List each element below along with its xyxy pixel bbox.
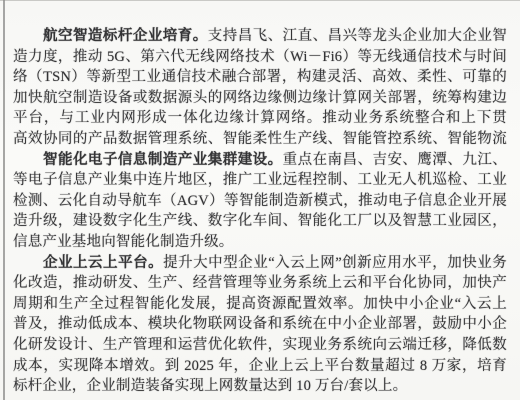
document-text-block: 航空智造标杆企业培育。支持昌飞、江直、昌兴等龙头企业加大企业智能化改 造力度，推… xyxy=(13,26,507,397)
text-line: 造升级，建设数字化生产线、数字化车间、智能化工厂以及智慧工业园区，实现电子 xyxy=(13,211,507,232)
text-line: 络（TSN）等新型工业通信技术融合部署，构建灵活、高效、柔性、可靠的工业内网。 xyxy=(13,67,507,88)
text-line: 周期和生产全过程智能化发展，提高资源配置效率。加快中小企业“入云上网”应用 xyxy=(13,294,507,315)
text-line: 造力度，推动 5G、第六代无线网络技术（Wi－Fi6）等无线通信技术与时间敏感型… xyxy=(13,47,507,68)
text-line: 成本，实现降本增效。到 2025 年，企业上云上平台数量超过 8 万家，培育 1… xyxy=(13,356,507,377)
scanned-page: 航空智造标杆企业培育。支持昌飞、江直、昌兴等龙头企业加大企业智能化改 造力度，推… xyxy=(0,0,520,400)
text-line: 企业上云上平台。提升大中型企业“入云上网”创新应用水平，加快业务系统云 xyxy=(13,253,507,274)
text-line: 化改造，推动研发、生产、经营管理等业务系统上云和平台化协同，加快产品全生命 xyxy=(13,273,507,294)
scan-top-edge-line xyxy=(0,0,520,1)
text-line: 标杆企业，企业制造装备实现上网数量达到 10 万台/套以上。 xyxy=(13,376,507,397)
text-line: 检测、云化自动导航车（AGV）等智能制造新模式，推动电子信息企业开展智能化改 xyxy=(13,191,507,212)
text-line: 等电子信息产业集中连片地区，推广工业远程控制、工业无人机巡检、工业 AI 质量 xyxy=(13,170,507,191)
text-line: 普及，推动低成本、模块化物联网设备和系统在中小企业部署，鼓励中小企业利用云 xyxy=(13,314,507,335)
text-line: 平台，与工业内网形成一体化边缘计算网络。推动业务系统整合和上下贯通，构建 xyxy=(13,108,507,129)
text-line: 智能化电子信息制造产业集群建设。重点在南昌、吉安、鹰潭、九江、赣州、萍乡 xyxy=(13,150,507,171)
text-line: 高效协同的产品数据管理系统、智能柔性生产线、智能管控系统、智能物流系统等。 xyxy=(13,129,507,150)
scan-left-edge-line xyxy=(3,0,5,400)
text-line: 航空智造标杆企业培育。支持昌飞、江直、昌兴等龙头企业加大企业智能化改 xyxy=(13,26,507,47)
paragraph-lead: 航空智造标杆企业培育。 xyxy=(43,28,208,44)
text-line: 信息产业基地向智能化制造升级。 xyxy=(13,232,507,253)
paragraph-lead: 智能化电子信息制造产业集群建设。 xyxy=(43,152,283,168)
text-line: 加快航空制造设备或数据源头的网络边缘侧边缘计算网关部署，统筹构建边缘计算 xyxy=(13,88,507,109)
text-line: 化研发设计、生产管理和运营优化软件，实现业务系统向云端迁移，降低数字化改造 xyxy=(13,335,507,356)
paragraph-lead: 企业上云上平台。 xyxy=(43,255,163,271)
